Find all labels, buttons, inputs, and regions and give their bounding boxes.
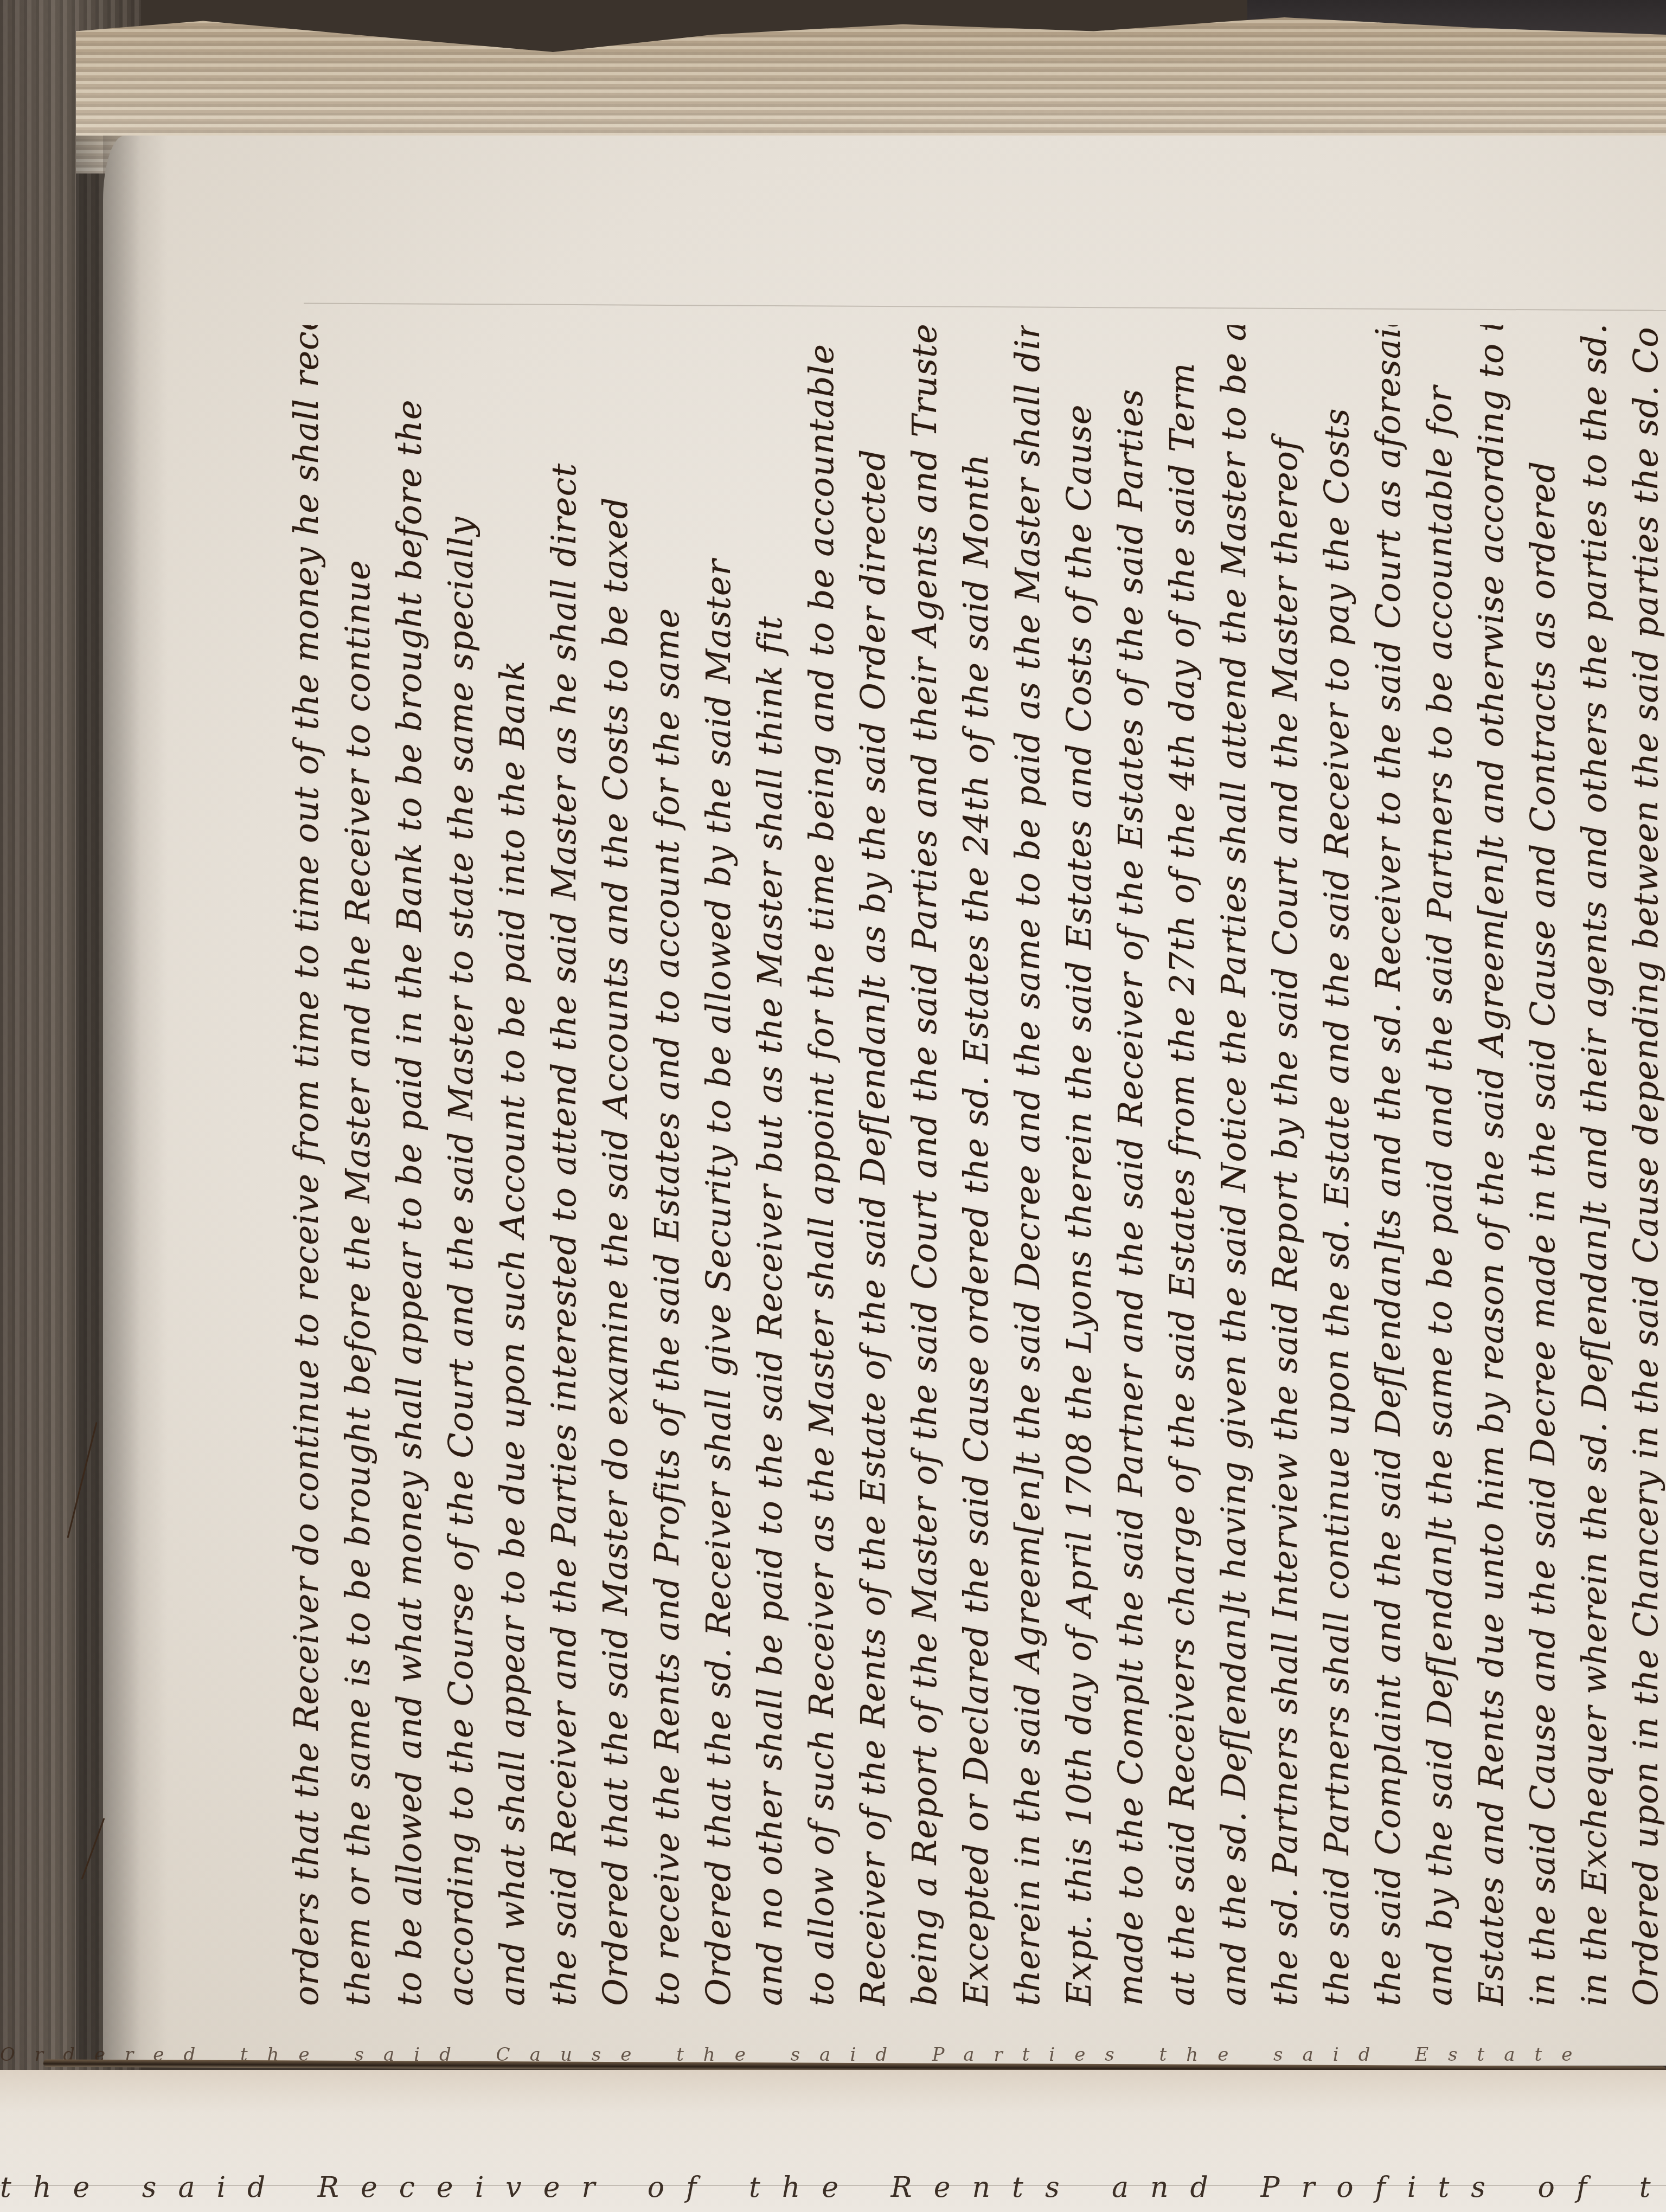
text-line: in the said Cause and the said Decree ma… [1524, 325, 1562, 2006]
text-line: to be allowed and what money shall appea… [390, 325, 428, 2006]
text-line: and the sd. Def[endan]t having given the… [1215, 325, 1253, 2006]
text-line: to allow of such Receiver as the Master … [803, 325, 841, 2006]
text-line: being a Report of the Master of the said… [906, 325, 944, 2006]
text-line: and what shall appear to be due upon suc… [494, 325, 531, 2006]
text-line: therein in the said Agreem[en]t the said… [1009, 325, 1047, 2006]
text-line: them or the same is to be brought before… [339, 325, 377, 2006]
text-line: and by the said Def[endan]t the same to … [1421, 325, 1459, 2006]
facing-page-text: the said Receiver of the Rents and Profi… [0, 2163, 1666, 2212]
text-line: the said Partners shall continue upon th… [1318, 325, 1356, 2006]
text-line: the said Receiver and the Parties intere… [545, 325, 583, 2006]
text-line: orders that the Receiver do continue to … [287, 325, 325, 2006]
text-line: to receive the Rents and Profits of the … [648, 325, 686, 2006]
text-line: Ordered that the said Master do examine … [597, 325, 635, 2006]
text-line: Ordered upon in the Chancery in the said… [1627, 325, 1665, 2006]
text-line: in the Exchequer wherein the sd. Def[end… [1575, 325, 1613, 2006]
text-line: Estates and Rents due unto him by reason… [1472, 325, 1510, 2006]
text-line: according to the Course of the Court and… [442, 325, 480, 2006]
text-line: the said Complaint and the said Def[enda… [1369, 325, 1407, 2006]
text-line: at the said Receivers charge of the said… [1163, 325, 1201, 2006]
text-line: Ordered that the sd. Receiver shall give… [700, 325, 738, 2006]
text-line: Excepted or Declared the said Cause orde… [957, 325, 995, 2006]
text-line: Expt. this 10th day of April 1708 the Ly… [1060, 325, 1098, 2006]
text-line: Receiver of the Rents of the Estate of t… [854, 325, 892, 2006]
text-line: made to the Complt the said Partner and … [1112, 325, 1150, 2006]
page-curl-shadow [76, 136, 141, 2066]
text-line: the sd. Partners shall Interview the sai… [1266, 325, 1304, 2006]
text-line: and no other shall be paid to the said R… [751, 325, 789, 2006]
